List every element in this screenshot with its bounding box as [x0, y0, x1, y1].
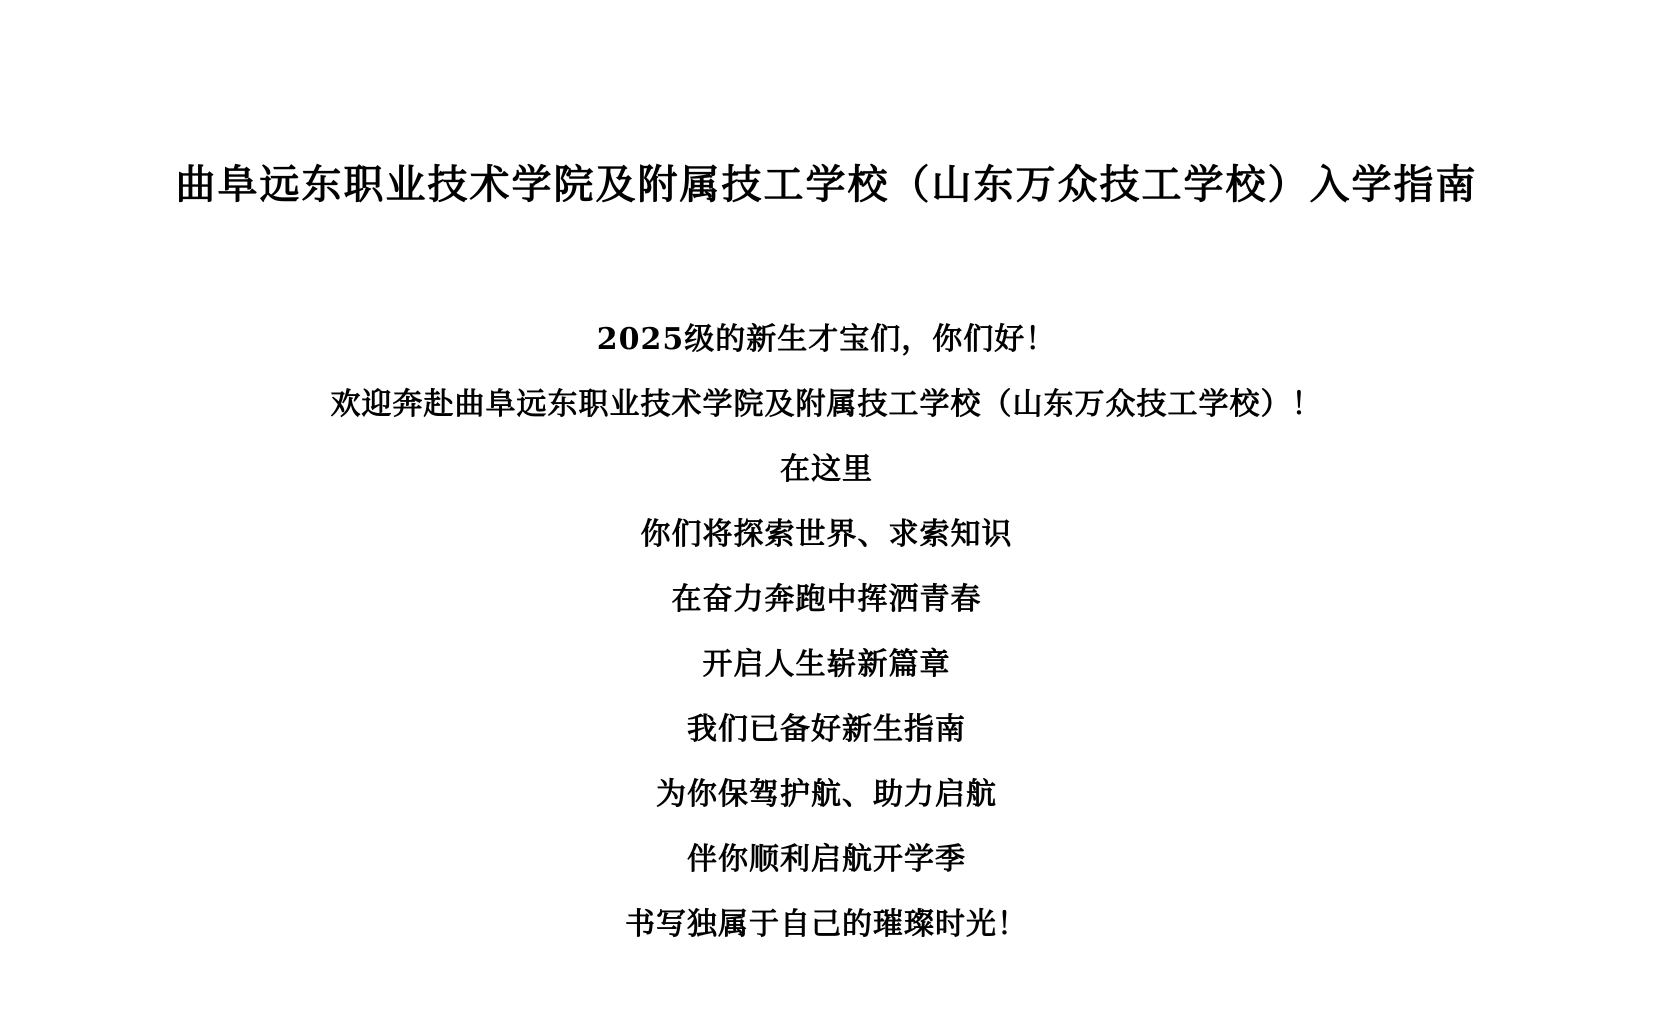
closing-line: 书写独属于自己的璀璨时光！ [0, 906, 1653, 944]
message-line: 在这里 [0, 451, 1653, 489]
greeting-line: 2025级的新生才宝们，你们好！ [0, 321, 1653, 359]
message-line: 在奋力奔跑中挥洒青春 [0, 581, 1653, 619]
message-line: 开启人生崭新篇章 [0, 646, 1653, 684]
welcome-message: 2025级的新生才宝们，你们好！ 欢迎奔赴曲阜远东职业技术学院及附属技工学校（山… [0, 321, 1653, 971]
message-line: 伴你顺利启航开学季 [0, 841, 1653, 879]
document-title: 曲阜远东职业技术学院及附属技工学校（山东万众技工学校）入学指南 [0, 160, 1653, 210]
message-line: 你们将探索世界、求索知识 [0, 516, 1653, 554]
message-line: 为你保驾护航、助力启航 [0, 776, 1653, 814]
welcome-line: 欢迎奔赴曲阜远东职业技术学院及附属技工学校（山东万众技工学校）！ [0, 386, 1653, 424]
document-page: 曲阜远东职业技术学院及附属技工学校（山东万众技工学校）入学指南 2025级的新生… [0, 0, 1653, 1014]
message-line: 我们已备好新生指南 [0, 711, 1653, 749]
